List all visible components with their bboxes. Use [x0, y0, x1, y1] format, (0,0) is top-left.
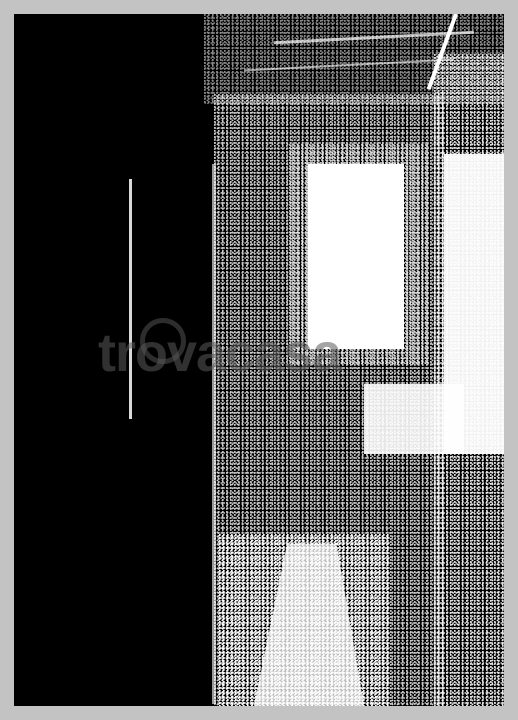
wash-basin: [364, 384, 464, 454]
image-frame: trovacasa: [0, 0, 518, 720]
watermark-text: trovacasa: [98, 322, 341, 384]
door-frame-edge: [212, 164, 216, 704]
